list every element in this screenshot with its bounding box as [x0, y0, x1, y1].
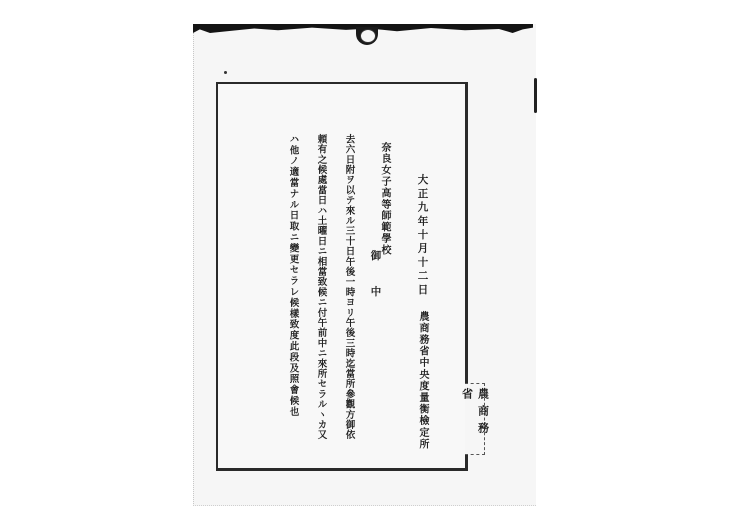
body-line-1: 去六日附ヲ以テ來ル三十日午後一時ヨリ午後三時迄當所參觀方御依 [344, 134, 354, 440]
speck [224, 71, 227, 74]
ministry-stamp: 農商務省 [465, 383, 485, 455]
body-line-2: 頼有之候處當日ハ土曜日ニ相當致候ニ付午前中ニ來所セラルヽカ又 [316, 134, 326, 440]
edge-mark [534, 78, 537, 113]
letter-frame [216, 82, 468, 471]
body-line-3: ハ他ノ適當ナル日取ニ變更セラレ候樣致度此段及照會候也 [288, 134, 298, 417]
letter-sender: 農商務省中央度量衡檢定所 [417, 311, 427, 450]
honorific-chu: 中 [370, 286, 381, 300]
letter-date: 大正九年十月十二日 [417, 174, 428, 297]
honorific-on: 御 [370, 250, 381, 264]
letter-recipient: 奈良女子高等師範學校 [379, 142, 389, 256]
